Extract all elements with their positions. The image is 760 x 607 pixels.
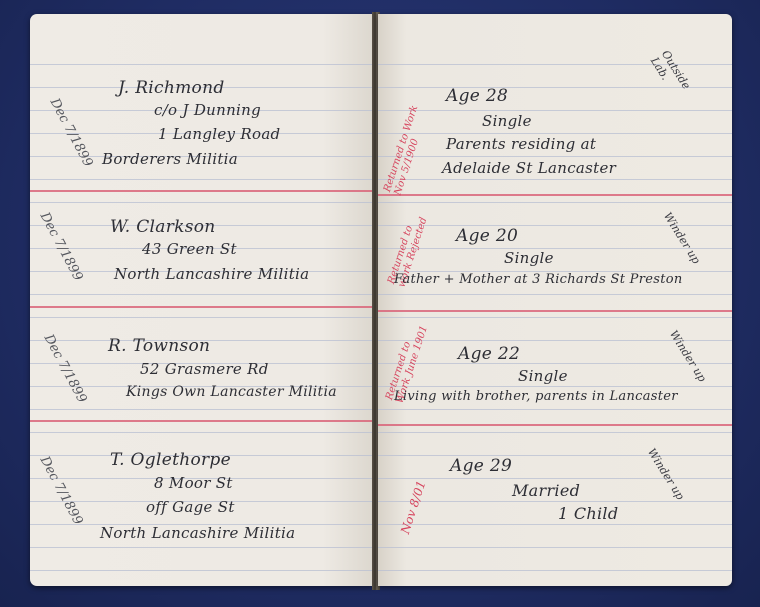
entry-family-note: Living with brother, parents in Lancaste… xyxy=(394,389,678,404)
entry-marital-status: Single xyxy=(518,367,568,385)
entry-address-line: off Gage St xyxy=(146,498,235,516)
ruled-lines xyxy=(30,42,374,576)
entry-regiment: Borderers Militia xyxy=(102,150,238,168)
entry-divider xyxy=(30,420,374,422)
entry-address-line: 8 Moor St xyxy=(154,474,233,492)
entry-divider xyxy=(30,306,374,308)
entry-address-line: c/o J Dunning xyxy=(154,101,261,119)
entry-divider xyxy=(378,310,732,312)
entry-marital-status: Single xyxy=(504,249,554,267)
entry-marital-status: Single xyxy=(482,112,532,130)
entry-family-note: Father + Mother at 3 Richards St Preston xyxy=(394,272,683,287)
left-page: Dec 7/1899 J. Richmond c/o J Dunning 1 L… xyxy=(30,14,374,586)
entry-address-line: 43 Green St xyxy=(142,240,237,258)
entry-name: J. Richmond xyxy=(118,78,225,98)
entry-regiment: North Lancashire Militia xyxy=(114,265,309,283)
entry-divider xyxy=(30,190,374,192)
entry-children: 1 Child xyxy=(558,504,618,523)
entry-regiment: Kings Own Lancaster Militia xyxy=(126,384,337,400)
entry-name: R. Townson xyxy=(108,336,210,356)
entry-regiment: North Lancashire Militia xyxy=(100,524,295,542)
entry-family-note: Adelaide St Lancaster xyxy=(442,159,616,177)
entry-age: Age 22 xyxy=(458,344,520,364)
entry-family-note: Parents residing at xyxy=(446,135,596,153)
entry-address-line: 1 Langley Road xyxy=(158,125,280,143)
entry-marital-status: Married xyxy=(512,481,580,500)
right-page: Returned to Work Nov 5/1900 Outside Lab.… xyxy=(378,14,732,586)
entry-age: Age 20 xyxy=(456,226,518,246)
entry-address-line: 52 Grasmere Rd xyxy=(140,360,269,378)
entry-age: Age 29 xyxy=(450,456,512,476)
entry-age: Age 28 xyxy=(446,86,508,106)
entry-name: W. Clarkson xyxy=(110,217,216,237)
entry-name: T. Oglethorpe xyxy=(110,450,231,470)
entry-divider xyxy=(378,424,732,426)
entry-divider xyxy=(378,194,732,196)
